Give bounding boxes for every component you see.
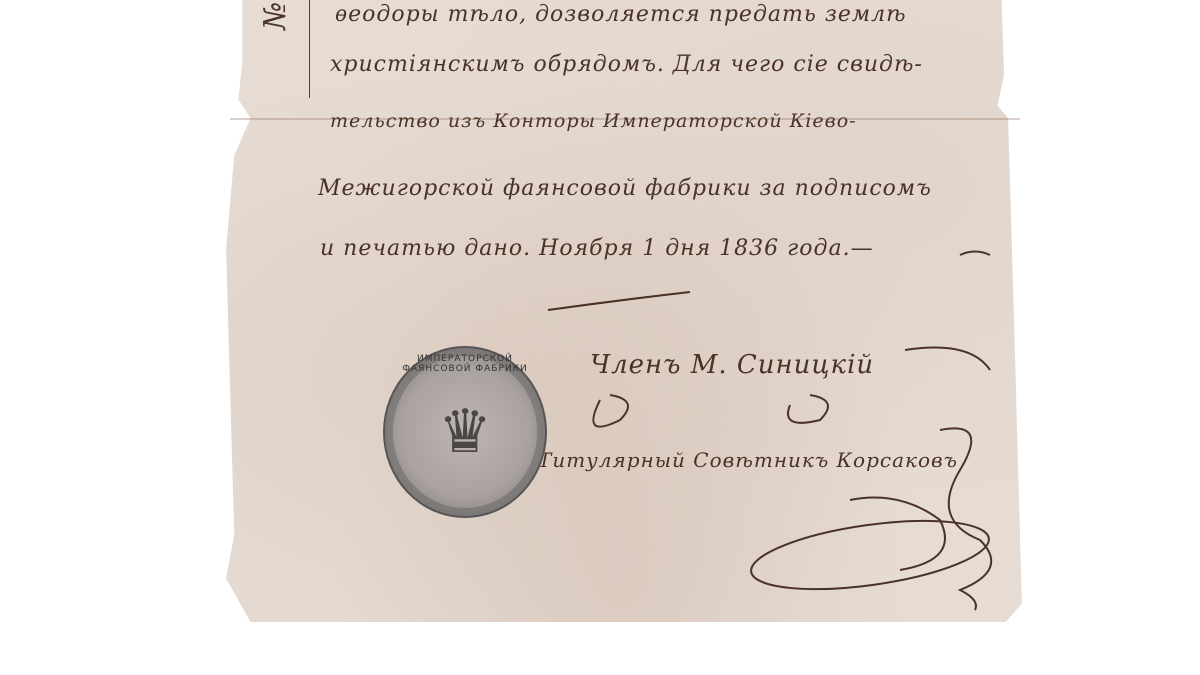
signature-flourishes — [0, 0, 1200, 675]
